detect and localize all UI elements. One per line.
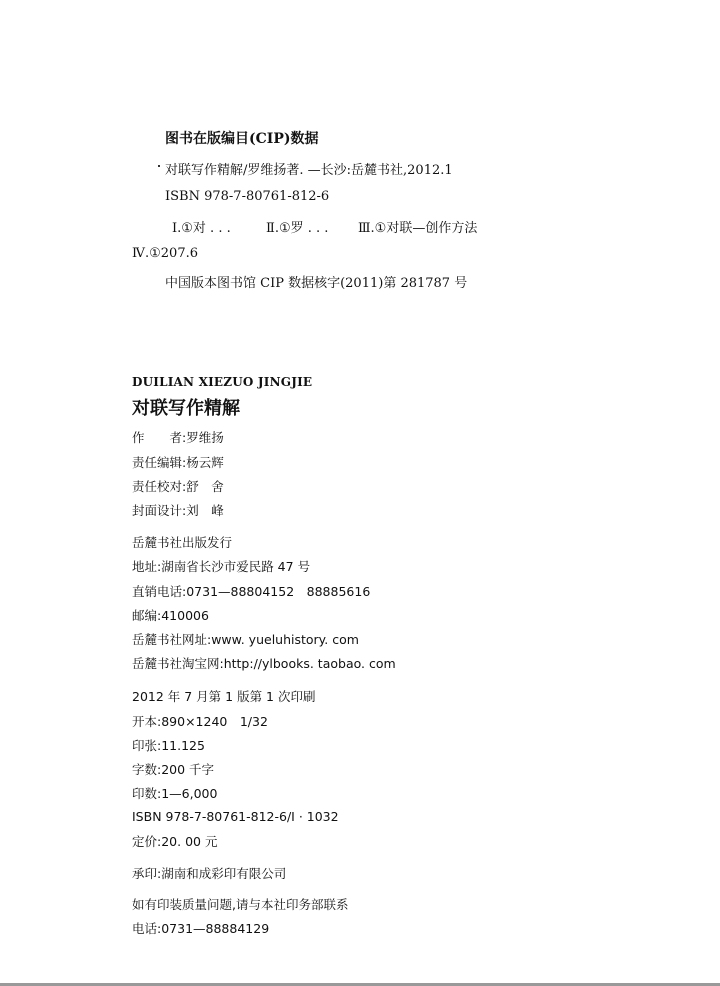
edition-word-count: 字数:200 千字 — [132, 762, 214, 778]
credit-proofreader: 责任校对:舒 舍 — [132, 479, 224, 495]
credit-label: 作 者: — [132, 430, 186, 445]
credit-value: 杨云辉 — [186, 455, 224, 470]
publisher-address: 地址:湖南省长沙市爱民路 47 号 — [132, 559, 310, 575]
credit-label: 责任编辑: — [132, 455, 186, 470]
cip-subject-ii: Ⅱ.①罗 . . . — [266, 221, 328, 237]
credit-label: 封面设计: — [132, 503, 186, 518]
credit-value: 罗维扬 — [186, 430, 224, 445]
credit-label: 责任校对: — [132, 479, 186, 494]
credit-cover-design: 封面设计:刘 峰 — [132, 503, 224, 519]
edition-isbn: ISBN 978-7-80761-812-6/I · 1032 — [132, 809, 339, 825]
credit-author: 作 者:罗维扬 — [132, 430, 224, 446]
printer-phone: 电话:0731—88884129 — [132, 921, 269, 937]
cip-subject-i: Ⅰ.①对 . . . — [172, 221, 231, 237]
cip-record: 中国版本图书馆 CIP 数据核字(2011)第 281787 号 — [165, 276, 467, 292]
cip-entry: 对联写作精解/罗维扬著. —长沙:岳麓书社,2012.1 — [165, 163, 453, 179]
pinyin-title: DUILIAN XIEZUO JINGJIE — [132, 374, 312, 390]
credit-value: 舒 舍 — [186, 479, 224, 494]
edition-price: 定价:20. 00 元 — [132, 834, 217, 850]
printer-name: 承印:湖南和成彩印有限公司 — [132, 866, 286, 882]
publisher-postcode: 邮编:410006 — [132, 608, 209, 624]
publisher-phone: 直销电话:0731—88804152 88885616 — [132, 584, 370, 600]
cip-isbn: ISBN 978-7-80761-812-6 — [165, 189, 329, 205]
cip-subject-iii: Ⅲ.①对联—创作方法 — [358, 221, 477, 237]
publisher-name: 岳麓书社出版发行 — [132, 535, 232, 551]
cip-heading: 图书在版编目(CIP)数据 — [165, 131, 318, 147]
scan-mark — [158, 165, 160, 167]
credit-editor: 责任编辑:杨云辉 — [132, 455, 224, 471]
edition-sheets: 印张:11.125 — [132, 738, 205, 754]
book-title: 对联写作精解 — [132, 398, 240, 420]
printer-notice: 如有印装质量问题,请与本社印务部联系 — [132, 897, 348, 913]
cip-classification: Ⅳ.①207.6 — [132, 246, 198, 262]
edition-print-run: 印数:1—6,000 — [132, 786, 217, 802]
publisher-website: 岳麓书社网址:www. yueluhistory. com — [132, 632, 359, 648]
publisher-taobao: 岳麓书社淘宝网:http://ylbooks. taobao. com — [132, 656, 396, 672]
edition-format: 开本:890×1240 1/32 — [132, 714, 268, 730]
credit-value: 刘 峰 — [186, 503, 224, 518]
edition-printing: 2012 年 7 月第 1 版第 1 次印刷 — [132, 689, 315, 705]
